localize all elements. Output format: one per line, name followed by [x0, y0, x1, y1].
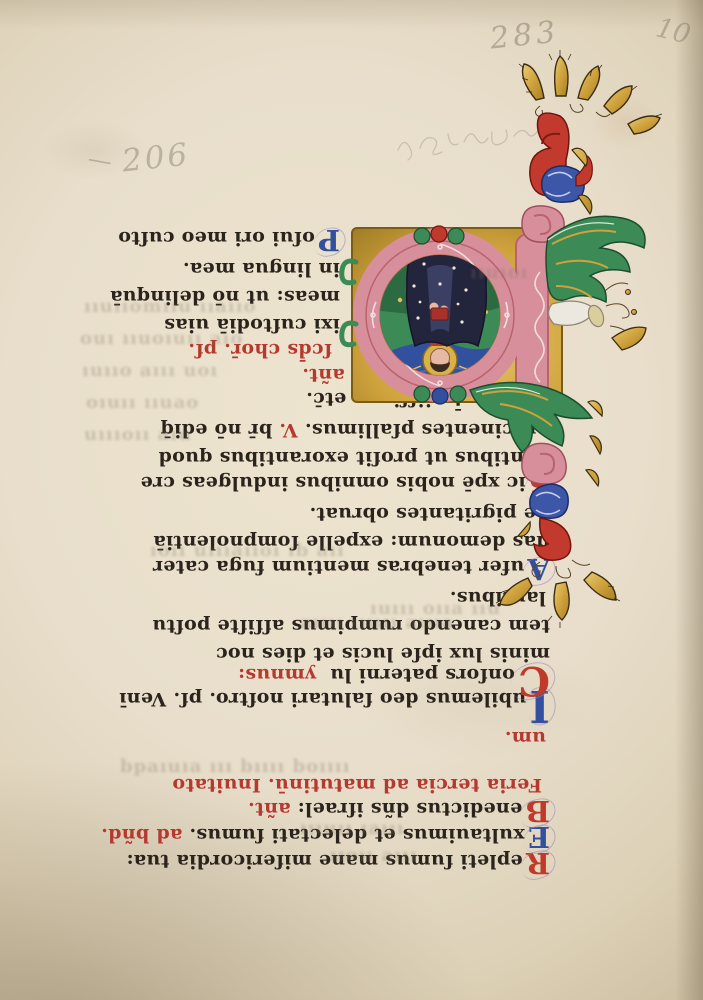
text-line: Pſta pat̄ pijſſime. etc̄.: [306, 387, 550, 414]
text-segment: xultauimus et delectati ſumus.: [182, 824, 524, 846]
text-line: Repleti ſumus mane miſericordia tua:: [126, 849, 550, 876]
text-line: Poſui ori meo cuſto: [118, 226, 340, 253]
lombardic-initial: B: [525, 800, 550, 822]
text-line: tem canendo rumpimus aſſiſte poſtu: [152, 614, 550, 638]
text-line: Benedictus dñs iſrael: añt.: [248, 797, 550, 824]
text-line: precinentes pſallimus. V. br̄ nō ediq̄: [160, 418, 550, 442]
text-segment: alia.: [438, 364, 492, 386]
text-line: ixi cuſtodiā uias: [164, 313, 340, 337]
pencil-shelf-number-206: 206: [120, 137, 192, 180]
rubric-segment: añt.: [492, 364, 542, 386]
text-line: meas: ut nō delinquā: [110, 285, 340, 309]
text-segment: tem canendo rumpimus aſſiſte poſtu: [152, 615, 550, 637]
text-segment: epleti ſumus mane miſericordia tua:: [126, 850, 522, 872]
rubric-segment: ymnus:: [238, 664, 316, 686]
lombardic-initial: E: [528, 826, 550, 848]
pencil-shelf-dash: —: [86, 144, 114, 176]
text-line: Sic xpē nobis omnibus indulgeas cre: [140, 471, 550, 498]
manuscript-photo: 283 10 — 206 Repleti ſumus mane miſerico…: [0, 0, 703, 1000]
pencil-foliation-283: 283: [488, 14, 561, 56]
text-segment: ſta pat̄ pijſſime. etc̄.: [306, 388, 525, 410]
text-line: uas demonum: expelle ſompnolentiā: [153, 530, 550, 554]
text-segment: br̄ nō ediq̄: [160, 419, 272, 441]
text-line: Feria tercia ad matutinū. Inuitato: [172, 773, 542, 797]
text-line: Exultauimus et delectati ſumus. ad bñd.: [101, 823, 550, 850]
text-line: dentibus ut proſit exorantibus quod: [158, 446, 550, 470]
text-segment: enedictus dñs iſrael:: [291, 798, 523, 820]
text-segment: ufer tenebras mentium fuga cater: [153, 556, 524, 578]
text-segment: uas demonum: expelle ſompnolentiā: [153, 531, 550, 553]
cursive-inscription: [392, 112, 562, 172]
text-line: lantibus.: [450, 586, 546, 610]
rubric-segment: ſcd̄s chor̄. pſ.: [188, 339, 332, 361]
rubric-segment: ad bñd.: [101, 824, 182, 846]
rubric-segment: V.: [272, 419, 298, 441]
text-segment: ne pigritantes obruat.: [309, 503, 550, 525]
text-segment: minis lux ipſe lucis et dies noc: [216, 643, 550, 665]
rubric-segment: añt.: [248, 798, 291, 820]
lombardic-initial: R: [526, 852, 550, 874]
lombardic-initial: P: [528, 390, 550, 412]
text-block: Repleti ſumus mane miſericordia tua:Exul…: [72, 238, 572, 898]
text-segment: ic xpē nobis omnibus indulgeas cre: [140, 472, 525, 494]
lombardic-initial: P: [318, 229, 340, 251]
text-line: minis lux ipſe lucis et dies noc: [216, 642, 550, 666]
lombardic-initial: C: [518, 666, 550, 694]
text-segment: dentibus ut proſit exorantibus quod: [158, 447, 550, 469]
text-line: ſcd̄s chor̄. pſ.: [188, 338, 332, 362]
text-line: in lingua mea.: [183, 257, 340, 281]
text-line: Aufer tenebras mentium fuga cater: [153, 555, 550, 582]
text-segment: lantibus.: [450, 587, 546, 609]
text-segment: meas: ut nō delinquā: [110, 286, 340, 308]
text-segment: precinentes pſallimus.: [298, 419, 550, 441]
text-segment: oſui ori meo cuſto: [118, 227, 315, 249]
text-segment: onſors paterni lu: [316, 664, 515, 686]
text-line: Conſors paterni lu ymnus:: [238, 663, 550, 696]
rubric-segment: Feria tercia ad matutinū. Inuitato: [172, 774, 542, 796]
text-segment: in lingua mea.: [183, 258, 340, 280]
text-line: añt. alia. p̄ paſca. añt.: [302, 363, 542, 387]
parchment-stain: [40, 120, 150, 180]
rubric-segment: p̄ paſca. añt.: [302, 364, 438, 386]
text-line: ne pigritantes obruat.: [309, 502, 550, 526]
pencil-foliation-10: 10: [653, 12, 694, 50]
lombardic-initial: S: [529, 474, 550, 496]
lombardic-initial: A: [527, 558, 550, 580]
text-segment: ixi cuſtodiā uias: [164, 314, 340, 336]
parchment-stain: [590, 95, 660, 150]
